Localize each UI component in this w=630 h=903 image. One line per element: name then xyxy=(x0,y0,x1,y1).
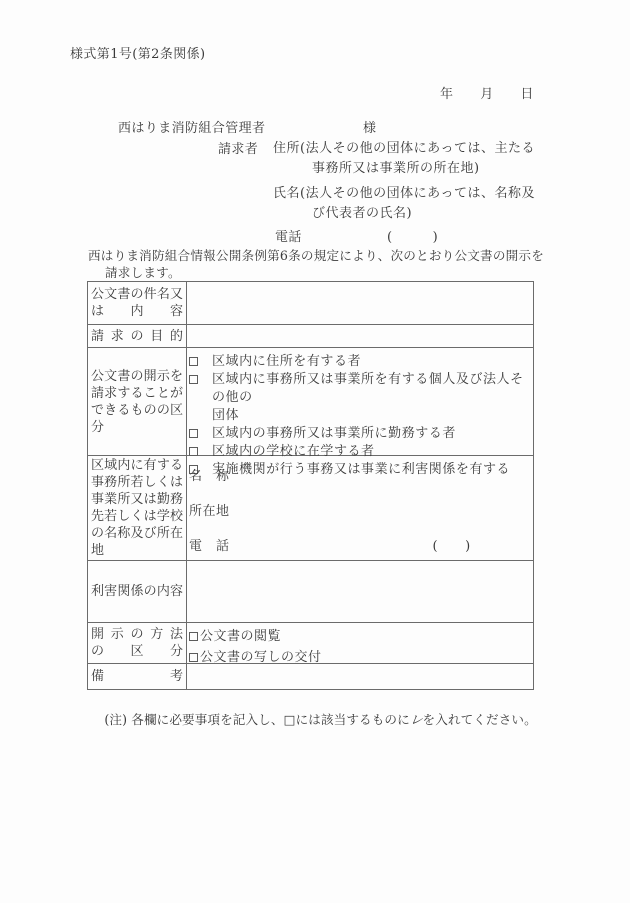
office-phone-label: 電 話 xyxy=(189,539,230,554)
addressee: 西はりま消防組合管理者 xyxy=(118,120,265,137)
checkbox-icon[interactable] xyxy=(189,632,198,641)
field-interest xyxy=(187,561,533,622)
disclosure-option-label: 公文書の閲覧 xyxy=(200,628,281,645)
phone-label: 電話 xyxy=(275,229,302,246)
document-page: 様式第1号(第2条関係) 年 月 日 西はりま消防組合管理者 様 請求者 住所(… xyxy=(0,0,630,903)
eligibility-option-2: 区域内に事務所又は事業所を有する個人及び法人その他の 団体 xyxy=(189,371,533,425)
field-purpose xyxy=(187,325,533,347)
office-info-fields: 名 称 所在地 電 話( ) xyxy=(187,456,533,560)
footnote-checkmark: レ xyxy=(409,711,424,728)
eligibility-option-label: 区域内に住所を有する者 xyxy=(212,353,361,371)
checkbox-icon[interactable] xyxy=(189,429,198,438)
checkbox-icon[interactable] xyxy=(189,653,198,662)
eligibility-options: 区域内に住所を有する者 区域内に事務所又は事業所を有する個人及び法人その他の 団… xyxy=(187,348,533,455)
checkbox-icon[interactable] xyxy=(189,447,198,456)
label-purpose: 請求の目的 xyxy=(88,325,187,347)
office-name-label: 名 称 xyxy=(189,469,230,484)
field-remarks xyxy=(187,664,533,689)
eligibility-option-1: 区域内に住所を有する者 xyxy=(189,353,533,371)
office-location-field: 所在地 xyxy=(189,503,533,520)
intro-line-1: 西はりま消防組合情報公開条例第6条の規定により、次のとおり公文書の開示を xyxy=(88,247,544,264)
label-document-name: 公文書の件名又 は内容 xyxy=(88,282,187,324)
requester-name-block: 氏名(法人その他の団体にあっては、名称及 び代表者の氏名) xyxy=(273,184,563,224)
table-row-remarks: 備考 xyxy=(88,664,533,689)
footnote-text-pre: (注) 各欄に必要事項を記入し、□には該当するものに xyxy=(104,712,409,727)
label-disclosure-method: 開示の方法 の区分 xyxy=(88,623,187,663)
phone-paren: ( ) xyxy=(387,229,438,246)
form-number: 様式第1号(第2条関係) xyxy=(70,46,206,63)
office-phone-paren: ( ) xyxy=(433,539,471,554)
addressee-honorific: 様 xyxy=(363,120,376,137)
label-eligibility: 公文書の開示を 請求することが できるものの区 分 xyxy=(88,348,187,455)
label-interest: 利害関係の内容 xyxy=(88,561,187,622)
table-row-disclosure-method: 開示の方法 の区分 公文書の閲覧 公文書の写しの交付 xyxy=(88,623,533,664)
office-location-label: 所在地 xyxy=(189,504,230,519)
checkbox-icon[interactable] xyxy=(189,375,198,384)
requester-address-block: 住所(法人その他の団体にあっては、主たる 事務所又は事業所の所在地) xyxy=(273,139,563,179)
table-row-interest: 利害関係の内容 xyxy=(88,561,533,623)
requester-label: 請求者 xyxy=(218,141,258,158)
footnote: (注) 各欄に必要事項を記入し、□には該当するものにレを入れてください。 xyxy=(88,694,537,745)
office-name-field: 名 称 xyxy=(189,468,533,485)
table-row-office-info: 区域内に有する 事務所若しくは 事業所又は勤務 先若しくは学校 の名称及び所在 … xyxy=(88,456,533,561)
table-row-document-name: 公文書の件名又 は内容 xyxy=(88,282,533,325)
table-row-purpose: 請求の目的 xyxy=(88,325,533,348)
intro-line-2: 請求します。 xyxy=(105,264,181,281)
date-line: 年 月 日 xyxy=(440,86,534,103)
field-document-name xyxy=(187,282,533,324)
checkbox-icon[interactable] xyxy=(189,357,198,366)
label-office-info: 区域内に有する 事務所若しくは 事業所又は勤務 先若しくは学校 の名称及び所在 … xyxy=(88,456,187,560)
table-row-eligibility: 公文書の開示を 請求することが できるものの区 分 区域内に住所を有する者 区域… xyxy=(88,348,533,456)
footnote-text-post: を入れてください。 xyxy=(423,712,537,727)
eligibility-option-label: 区域内に事務所又は事業所を有する個人及び法人その他の 団体 xyxy=(212,371,533,425)
office-phone-field: 電 話( ) xyxy=(189,538,533,555)
disclosure-option-view: 公文書の閲覧 xyxy=(189,628,533,645)
eligibility-option-3: 区域内の事務所又は事業所に勤務する者 xyxy=(189,425,533,443)
request-table: 公文書の件名又 は内容 請求の目的 公文書の開示を 請求することが できるものの… xyxy=(87,281,534,690)
label-remarks: 備考 xyxy=(88,664,187,689)
disclosure-method-options: 公文書の閲覧 公文書の写しの交付 xyxy=(187,623,533,663)
eligibility-option-label: 区域内の事務所又は事業所に勤務する者 xyxy=(212,425,456,443)
